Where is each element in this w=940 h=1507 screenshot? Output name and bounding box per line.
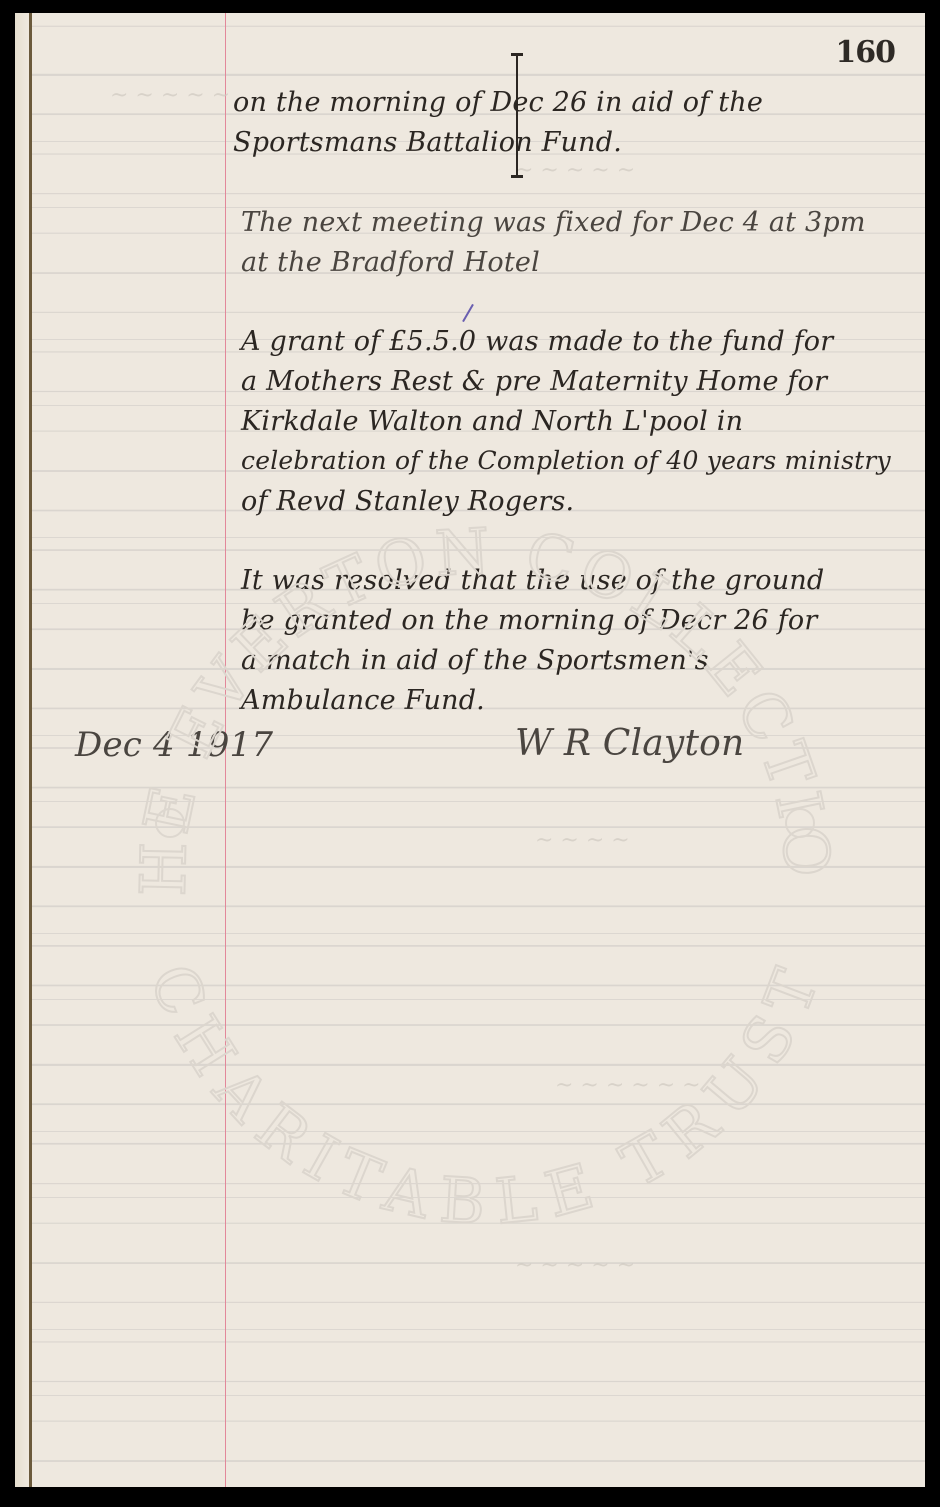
insertion-bracket-mark — [511, 53, 523, 178]
page-number: 160 — [835, 35, 895, 70]
signature: W R Clayton — [515, 723, 744, 764]
signoff-date: Dec 4 1917 — [75, 725, 273, 765]
bleed-through-text: ~ ~ ~ ~ ~ — [515, 1253, 635, 1278]
ledger-page: ~ ~ ~ ~ ~ ~ ~ ~ ~ ~ ~ ~ ~ ~ ~ ~ ~ ~ ~ ~ … — [15, 13, 925, 1487]
entry-3-line-1: A grant of £5.5.0 was made to the fund f… — [241, 326, 833, 357]
entry-1-line-2: Sportsmans Battalion Fund. — [233, 127, 622, 158]
entry-1-line-1: on the morning of Dec 26 in aid of the — [233, 87, 763, 118]
binding-edge — [29, 13, 32, 1487]
bleed-through-text: ~ ~ ~ ~ ~ ~ — [555, 1073, 701, 1098]
entry-2-line-1: The next meeting was fixed for Dec 4 at … — [241, 207, 866, 238]
bleed-through-text: ~ ~ ~ ~ — [535, 828, 630, 853]
entry-4-line-4: Ambulance Fund. — [241, 685, 485, 716]
entry-2-line-2: at the Bradford Hotel — [241, 247, 540, 278]
entry-3-line-5: of Revd Stanley Rogers. — [241, 486, 574, 517]
bleed-through-text: ~ ~ ~ ~ ~ — [110, 83, 230, 108]
entry-4-line-2: be granted on the morning of Decr 26 for — [241, 605, 817, 636]
bleed-through-text: ~ ~ ~ ~ ~ — [515, 158, 635, 183]
entry-3-line-2: a Mothers Rest & pre Maternity Home for — [241, 366, 827, 397]
entry-3-line-4: celebration of the Completion of 40 year… — [241, 446, 891, 475]
entry-4-line-3: a match in aid of the Sportsmen's — [241, 645, 709, 676]
binding-gutter — [15, 13, 29, 1487]
entry-4-line-1: It was resolved that the use of the grou… — [241, 565, 824, 596]
entry-3-line-3: Kirkdale Walton and North L'pool in — [241, 406, 743, 437]
